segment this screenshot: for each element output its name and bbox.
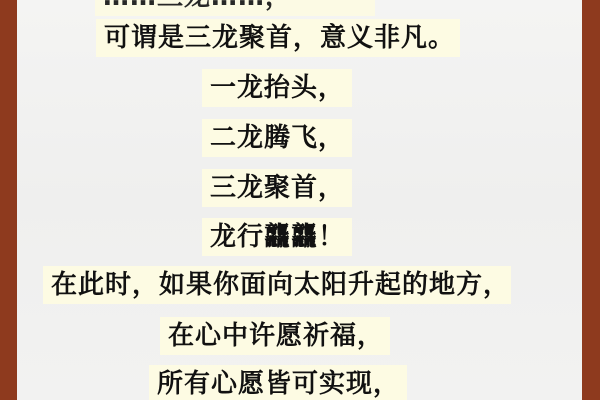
document-page: ……三龙……， 可谓是三龙聚首，意义非凡。 一龙抬头， 二龙腾飞， 三龙聚首， … (17, 0, 582, 400)
poem-line: 一龙抬头， (202, 69, 352, 107)
poem-line: 三龙聚首， (202, 169, 352, 207)
poem-line: 可谓是三龙聚首，意义非凡。 (96, 19, 460, 57)
poem-line: 龙行龘龘！ (202, 218, 352, 256)
poem-line: 在此时，如果你面向太阳升起的地方， (43, 266, 511, 304)
poem-line: 二龙腾飞， (202, 119, 352, 157)
poem-line: 在心中许愿祈福， (160, 317, 390, 355)
poem-line: 所有心愿皆可实现， (149, 365, 407, 400)
poem-line-partial: ……三龙……， (95, 0, 375, 16)
